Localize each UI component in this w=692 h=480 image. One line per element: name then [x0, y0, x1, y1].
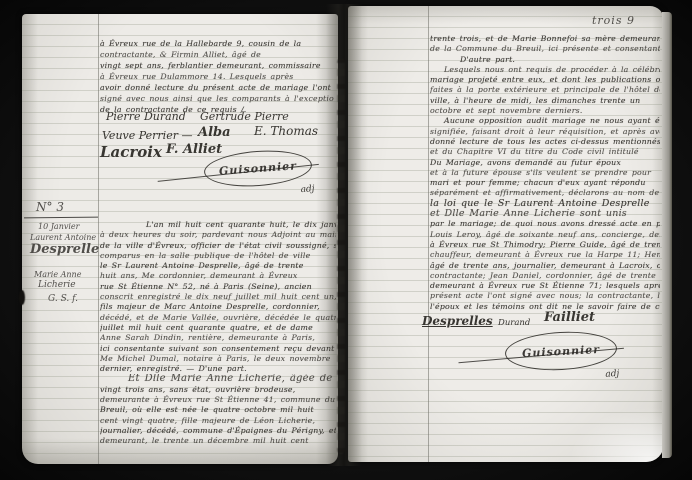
handwritten-line: huit ans, Me cordonnier, demeurant à Évr…	[100, 271, 336, 281]
handwritten-line: contractante; Jean Daniel, cordonnier, â…	[430, 271, 660, 281]
handwritten-line: par le mariage; de quoi nous avons dress…	[430, 219, 660, 229]
handwritten-line: décédé, et de Marie Vallée, ouvrière, dé…	[100, 313, 336, 323]
handwritten-line: et Dlle Marie Anne Licherie sont unis	[430, 209, 660, 219]
handwritten-line: Breuil, où elle est née le quatre octobr…	[100, 405, 336, 415]
margin-date: 10 Janvier	[38, 222, 80, 231]
handwritten-line: faites à la porte extérieure et principa…	[430, 85, 660, 95]
handwritten-line: présent acte l'ont signé avec nous; la c…	[430, 291, 660, 301]
register-right-page: trois 9 trente trois, et de Marie Bonnef…	[348, 6, 664, 462]
handwritten-line: Aucune opposition audit mariage ne nous …	[430, 116, 660, 126]
handwritten-line: signé avec nous ainsi que les comparants…	[100, 93, 334, 104]
handwritten-line: conscrit enregistré le dix neuf juillet …	[100, 292, 336, 302]
handwritten-line: demeurante à Évreux rue St Étienne 41, c…	[100, 395, 336, 405]
margin-bride-given-names: Marie Anne	[34, 270, 81, 279]
margin-clerk-initials: G. S. f.	[48, 294, 78, 304]
handwritten-line: la loi que le Sr Laurent Antoine Desprel…	[430, 199, 660, 209]
margin-rule-line	[98, 14, 99, 464]
handwritten-line: vingt sept ans, ferblantier demeurant, c…	[100, 60, 334, 71]
handwritten-line: signifiée, faisant droit à leur réquisit…	[430, 127, 660, 137]
margin-divider-line	[24, 217, 98, 219]
handwritten-line: vingt trois ans, sans état, ouvrière bro…	[100, 385, 336, 395]
handwritten-line: demeurant, le trente un décembre mil hui…	[100, 436, 336, 446]
handwritten-line: contractante, & Firmin Alliet, âgé de	[100, 49, 334, 60]
signature-durand: Durand	[498, 318, 530, 328]
handwritten-line: à Évreux rue St Thimodry; Pierre Guide, …	[430, 240, 660, 250]
handwritten-line: Me Michel Dumal, notaire à Paris, le deu…	[100, 354, 336, 364]
handwritten-line: mariage projeté entre eux, et dont les p…	[430, 75, 660, 85]
signature-alba: Alba	[198, 125, 231, 140]
margin-rule-line	[428, 6, 429, 462]
handwritten-line: cent vingt quatre, fille majeure de Léon…	[100, 416, 336, 426]
adjoint-title: adj	[300, 184, 315, 195]
ink-blot	[19, 290, 25, 305]
scanned-register-photo: à Évreux rue de la Hallebarde 9, cousin …	[0, 0, 692, 480]
signature-veuve-perrier: Veuve Perrier —	[102, 129, 192, 142]
handwritten-line: et du Chapitre VI du titre du Code civil…	[430, 147, 660, 157]
handwritten-line: avoir donné lecture du présent acte de m…	[100, 82, 334, 93]
handwritten-line: ici consentante suivant son consentement…	[100, 344, 336, 354]
handwritten-line: Du Mariage, avons demandé au futur époux	[430, 158, 660, 168]
margin-groom-surname: Desprelle	[30, 242, 99, 257]
adjoint-title: adj	[605, 369, 619, 380]
handwritten-line: mari et pour femme; chacun d'eux ayant r…	[430, 178, 660, 188]
handwritten-line: journalier, décédé, commune d'Épaignes d…	[100, 426, 336, 436]
handwritten-line: demeurant à Évreux rue St Étienne 71; le…	[430, 281, 660, 291]
signature-desprelles: Desprelles	[422, 314, 493, 328]
act-ending-paragraph: à Évreux rue de la Hallebarde 9, cousin …	[100, 38, 334, 115]
handwritten-line: juillet mil huit cent quarante quatre, e…	[100, 323, 336, 333]
handwritten-line: Lesquels nous ont requis de procéder à l…	[430, 65, 660, 75]
handwritten-line: séparément et affirmativement, déclarons…	[430, 188, 660, 198]
handwritten-line: donné lecture de tous les actes ci-dessu…	[430, 137, 660, 147]
handwritten-line: âgé de trente ans, journalier, demeurant…	[430, 261, 660, 271]
handwritten-line: à deux heures du soir, pardevant nous Ad…	[100, 230, 336, 240]
adjoint-signature-name: Guisonnier	[219, 159, 298, 177]
binding-stitching-speckle	[337, 58, 345, 454]
signature-failliet: Failliet	[544, 310, 595, 325]
handwritten-line: ville, à l'heure de midi, les dimanches …	[430, 96, 660, 106]
folio-number: trois 9	[592, 14, 635, 27]
handwritten-line: fils majeur de Marc Antoine Desprelle, c…	[100, 302, 336, 312]
handwritten-line: Anne Sarah Dindin, rentière, demeurante …	[100, 333, 336, 343]
handwritten-line: octobre et sept novembre derniers.	[430, 106, 660, 116]
act-continuation-paragraph: trente trois, et de Marie Bonnefoi sa mè…	[430, 34, 660, 312]
signature-gertrude-pierre: Gertrude Pierre	[200, 110, 289, 123]
handwritten-line: chauffeur, demeurant à Évreux rue la Har…	[430, 250, 660, 260]
handwritten-line: de la Commune du Breuil, ici présente et…	[430, 44, 660, 54]
handwritten-line: L'an mil huit cent quarante huit, le dix…	[100, 220, 336, 230]
handwritten-line: et à la future épouse s'ils veulent se p…	[430, 168, 660, 178]
handwritten-line: rue St Étienne N° 52, né à Paris (Seine)…	[100, 282, 336, 292]
act-body-paragraph: L'an mil huit cent quarante huit, le dix…	[100, 220, 336, 447]
handwritten-line: de la ville d'Évreux, officier de l'état…	[100, 241, 336, 251]
handwritten-line: Louis Leroy, âgé de soixante neuf ans, c…	[430, 230, 660, 240]
page-stack-fore-edge	[662, 12, 672, 458]
official-oval-signature: Guisonnier adj	[504, 329, 618, 373]
signature-e-thomas: E. Thomas	[254, 124, 318, 138]
margin-bride-surname: Licherie	[38, 280, 76, 290]
handwritten-line: comparus en la salle publique de l'hôtel…	[100, 251, 336, 261]
handwritten-line: Et Dlle Marie Anne Licherie, âgée de	[100, 374, 336, 384]
act-number: N° 3	[36, 200, 64, 214]
handwritten-line: trente trois, et de Marie Bonnefoi sa mè…	[430, 34, 660, 44]
signature-pierre-durand: Pierre Durand	[106, 110, 186, 123]
handwritten-line: D'autre part.	[430, 55, 660, 65]
adjoint-signature-name: Guisonnier	[522, 342, 601, 359]
signature-f-alliet: F. Alliet	[166, 142, 222, 157]
handwritten-line: à Évreux rue de la Hallebarde 9, cousin …	[100, 38, 334, 49]
signature-lacroix: Lacroix	[100, 143, 162, 161]
register-left-page: à Évreux rue de la Hallebarde 9, cousin …	[22, 14, 338, 464]
handwritten-line: à Évreux rue Dulammore 14. Lesquels aprè…	[100, 71, 334, 82]
handwritten-line: dernier, enregistré. — D'une part.	[100, 364, 336, 374]
margin-groom-given-names: Laurent Antoine	[30, 233, 96, 242]
handwritten-line: le Sr Laurent Antoine Desprelle, âgé de …	[100, 261, 336, 271]
